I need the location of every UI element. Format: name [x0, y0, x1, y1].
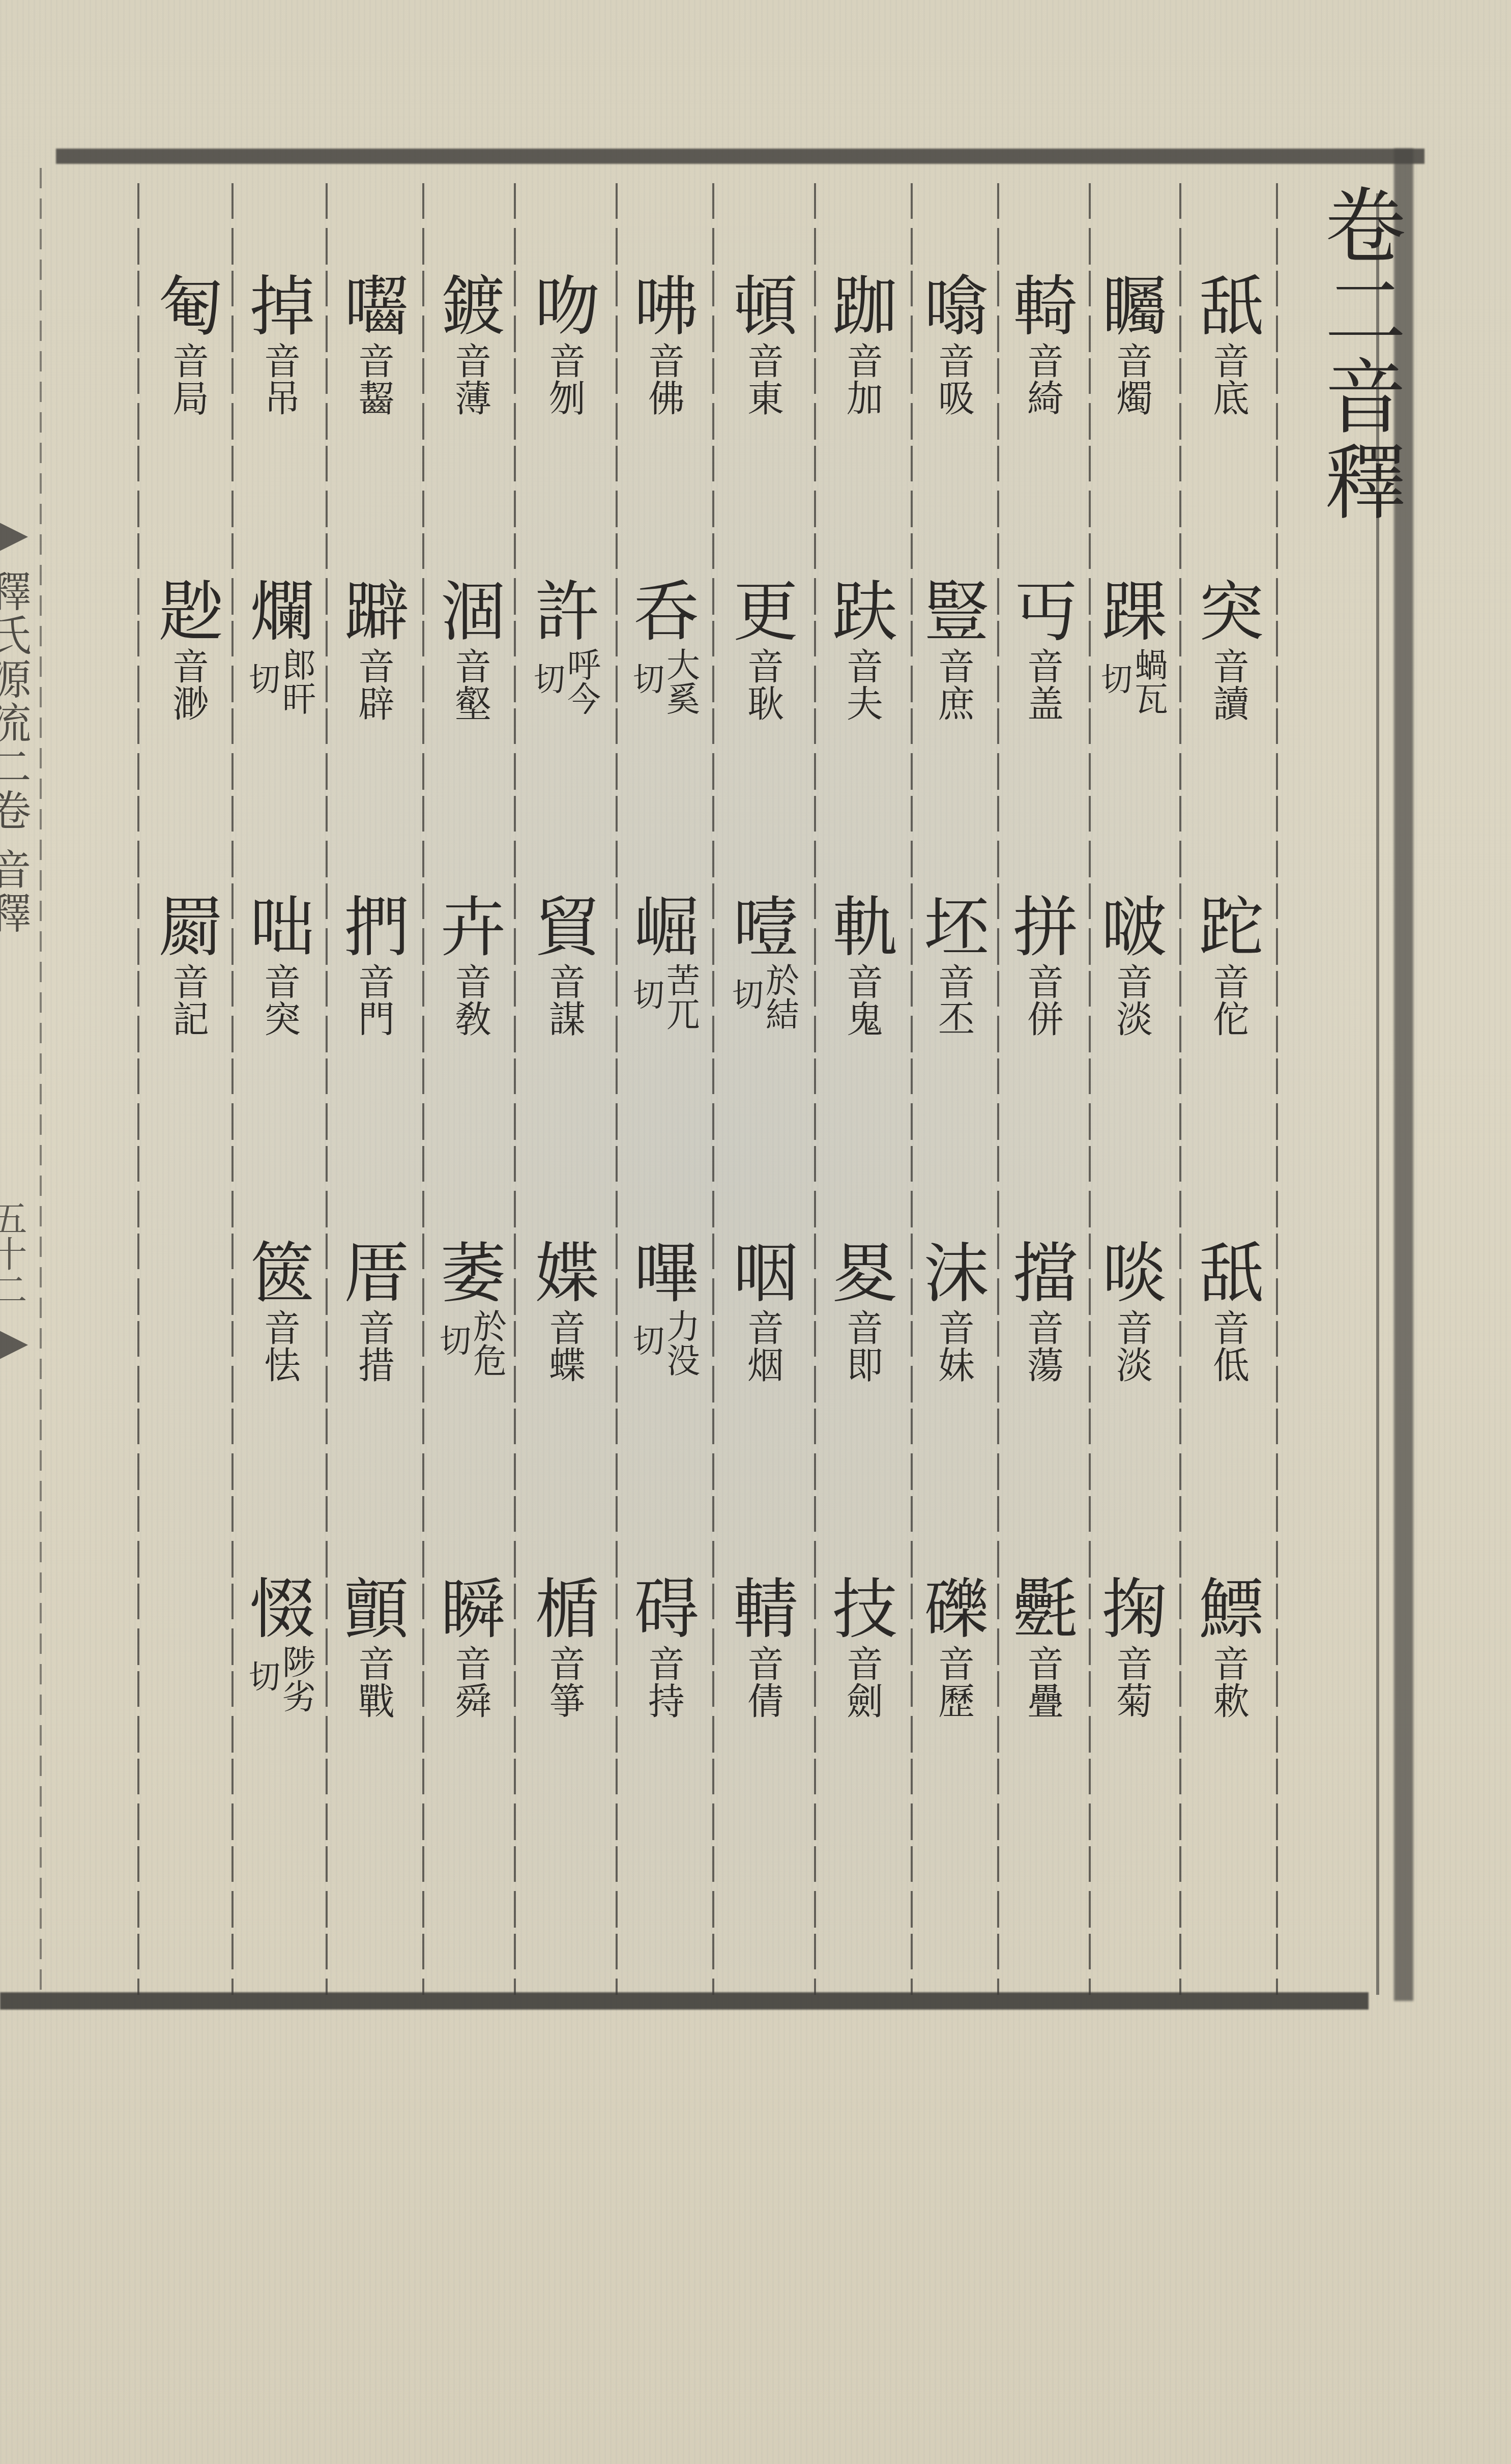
gloss-character: 渺 [172, 685, 209, 723]
gloss-character: 烟 [747, 1347, 784, 1384]
pronunciation-gloss: 音併 [1027, 964, 1064, 1039]
gloss-entry: 頓音東 [717, 275, 814, 418]
pronunciation-gloss: 音吸 [938, 343, 975, 418]
column-rule [616, 183, 618, 1995]
gloss-character: 怯 [264, 1347, 301, 1384]
gloss-entry: 跎音佗 [1183, 896, 1280, 1039]
gloss-character: 音 [1213, 343, 1250, 380]
gloss-character: 敎 [455, 1001, 491, 1038]
head-character: 囓 [344, 275, 409, 340]
gloss-entry: 軌音鬼 [817, 896, 913, 1039]
fanqie-character: 於 [473, 1310, 507, 1344]
pronunciation-gloss: 音突 [264, 964, 301, 1039]
head-character: 惙 [250, 1578, 315, 1643]
pronunciation-gloss: 音倩 [747, 1646, 784, 1721]
pronunciation-gloss: 音蝶 [549, 1310, 586, 1385]
gloss-entry: 貿音謀 [519, 896, 616, 1039]
head-character: 顫 [344, 1578, 409, 1643]
pronunciation-gloss: 音佛 [648, 343, 685, 418]
pronunciation-gloss: 音謀 [549, 964, 586, 1039]
pronunciation-gloss: 音欶 [1213, 1646, 1250, 1721]
fanqie-character: 危 [473, 1344, 507, 1378]
head-character: 踝 [1102, 580, 1167, 645]
gloss-character: 劍 [847, 1683, 883, 1720]
pronunciation-gloss: 音綺 [1027, 343, 1064, 418]
pronunciation-gloss: 音淡 [1116, 1310, 1153, 1385]
gloss-entry: 氎音疊 [997, 1578, 1094, 1721]
pronunciation-gloss: 音燭 [1116, 343, 1153, 418]
gloss-character: 音 [358, 343, 395, 380]
gloss-character: 持 [648, 1683, 685, 1720]
column-rule [137, 183, 139, 1995]
gloss-entry: 技音劍 [817, 1578, 913, 1721]
gloss-character: 疊 [1027, 1683, 1064, 1720]
gloss-entry: 崛苦兀切 [618, 896, 715, 1033]
text-column-11: 掉音吊爛郎旰切咄音突篋音怯惙陟劣切 [234, 0, 331, 2464]
head-character: 爛 [250, 580, 315, 645]
gloss-character: 音 [358, 648, 395, 685]
head-character: 趺 [832, 580, 897, 645]
gloss-entry: 卉音敎 [425, 896, 521, 1039]
pronunciation-gloss: 音門 [358, 964, 395, 1039]
head-character: 舐 [1199, 1242, 1264, 1307]
gloss-entry: 吻音刎 [519, 275, 616, 418]
fanqie-character: 蝸 [1135, 648, 1168, 682]
gloss-character: 佛 [648, 380, 685, 417]
pronunciation-gloss: 音戰 [358, 1646, 395, 1721]
gloss-character: 音 [549, 1646, 586, 1683]
gloss-character: 謀 [549, 1001, 586, 1038]
gloss-character: 妹 [938, 1347, 975, 1384]
pronunciation-gloss: 音措 [358, 1310, 395, 1385]
gloss-entry: 畟音即 [817, 1242, 913, 1385]
gloss-entry: 厝音措 [328, 1242, 425, 1385]
head-character: 噏 [924, 275, 989, 340]
gloss-character: 吊 [264, 380, 301, 417]
gloss-entry: 許呼今切 [519, 580, 616, 717]
fanqie-qie-marker: 切 [249, 664, 280, 696]
gloss-entry: 罽音記 [142, 896, 239, 1039]
pronunciation-gloss: 音箏 [549, 1646, 586, 1721]
fanqie-gloss: 陟劣切 [249, 1646, 316, 1714]
gloss-character: 音 [1027, 964, 1064, 1001]
pronunciation-gloss: 音薄 [455, 343, 491, 418]
head-character: 啖 [1102, 1242, 1167, 1307]
pronunciation-gloss: 音渺 [172, 648, 209, 723]
gloss-entry: 礫音歷 [908, 1578, 1005, 1721]
gloss-character: 音 [1027, 1310, 1064, 1347]
fanqie-qie-marker: 切 [1101, 664, 1132, 696]
fanqie-qie-marker: 切 [440, 1325, 471, 1357]
gloss-entry: 呑大奚切 [618, 580, 715, 717]
fanqie-character: 於 [766, 964, 799, 998]
fanqie-character: 没 [666, 1344, 700, 1378]
gloss-character: 音 [455, 964, 491, 1001]
book-spine-margin: 釋氏源流二卷 音釋 五十二 [0, 519, 31, 1995]
head-character: 楯 [535, 1578, 600, 1643]
head-character: 噎 [733, 896, 798, 961]
gloss-character: 音 [264, 1310, 301, 1347]
gloss-character: 蝶 [549, 1347, 586, 1384]
gloss-character: 加 [847, 380, 883, 417]
gloss-character: 音 [455, 1646, 491, 1683]
gloss-character: 音 [648, 1646, 685, 1683]
gloss-character: 門 [358, 1001, 395, 1038]
gloss-character: 歷 [938, 1683, 975, 1720]
gloss-entry: 坯音丕 [908, 896, 1005, 1039]
fish-tail-mark-bottom-icon [0, 1327, 28, 1363]
gloss-character: 夫 [847, 685, 883, 723]
gloss-character: 舜 [455, 1683, 491, 1720]
gloss-character: 音 [847, 648, 883, 685]
head-character: 呑 [634, 580, 699, 645]
gloss-entry: 噏音吸 [908, 275, 1005, 418]
fanqie-character: 郎 [282, 648, 316, 682]
head-character: 舐 [1199, 275, 1264, 340]
text-column-4: 噏音吸豎音庶坯音丕沫音妹礫音歷 [908, 0, 1005, 2464]
gloss-character: 音 [1213, 648, 1250, 685]
gloss-character: 音 [1116, 1646, 1153, 1683]
gloss-character: 音 [847, 1646, 883, 1683]
head-character: 許 [535, 580, 600, 645]
gloss-entry: 噎於結切 [717, 896, 814, 1033]
text-column-6: 頓音東更音耿噎於結切咽音烟輤音倩 [717, 0, 814, 2464]
gloss-character: 音 [938, 343, 975, 380]
gloss-character: 音 [938, 1310, 975, 1347]
gloss-entry: 輢音綺 [997, 275, 1094, 418]
head-character: 吻 [535, 275, 600, 340]
gloss-character: 菊 [1116, 1683, 1153, 1720]
gloss-character: 底 [1213, 380, 1250, 417]
pronunciation-gloss: 音鬼 [847, 964, 883, 1039]
head-character: 啵 [1102, 896, 1167, 961]
gloss-character: 音 [1116, 1310, 1153, 1347]
gloss-character: 併 [1027, 1001, 1064, 1038]
text-column-9: 鍍音薄涸音壑卉音敎萎於危切瞬音舜 [425, 0, 521, 2464]
fanqie-gloss: 呼今切 [534, 648, 601, 717]
pronunciation-gloss: 音底 [1213, 343, 1250, 418]
pronunciation-gloss: 音丕 [938, 964, 975, 1039]
gloss-character: 低 [1213, 1347, 1250, 1384]
gloss-character: 倩 [747, 1683, 784, 1720]
head-character: 卉 [441, 896, 506, 961]
gloss-entry: 匎音局 [142, 275, 239, 418]
gloss-entry: 鰾音欶 [1183, 1578, 1280, 1721]
pronunciation-gloss: 音耿 [747, 648, 784, 723]
head-character: 矚 [1102, 275, 1167, 340]
gloss-entry: 楯音箏 [519, 1578, 616, 1721]
fanqie-qie-marker: 切 [732, 979, 764, 1011]
gloss-entry: 掬音菊 [1086, 1578, 1183, 1721]
gloss-entry: 擋音蕩 [997, 1242, 1094, 1385]
head-character: 頓 [733, 275, 798, 340]
gloss-character: 音 [1116, 964, 1153, 1001]
gloss-entry: 篋音怯 [234, 1242, 331, 1385]
gloss-character: 綺 [1027, 380, 1064, 417]
text-column-12: 匎音局尟音渺罽音記 [142, 0, 239, 2464]
gloss-character: 燭 [1116, 380, 1153, 417]
gloss-character: 音 [938, 648, 975, 685]
gloss-character: 音 [747, 648, 784, 685]
head-character: 瞬 [441, 1578, 506, 1643]
fanqie-character: 奚 [666, 682, 700, 717]
gloss-entry: 趺音夫 [817, 580, 913, 723]
head-character: 擋 [1013, 1242, 1078, 1307]
gloss-character: 音 [847, 1310, 883, 1347]
pronunciation-gloss: 音加 [847, 343, 883, 418]
fanqie-qie-marker: 切 [249, 1661, 280, 1693]
gloss-character: 即 [847, 1347, 883, 1384]
fanqie-character: 大 [666, 648, 700, 682]
gloss-character: 音 [264, 964, 301, 1001]
gloss-entry: 沫音妹 [908, 1242, 1005, 1385]
gloss-entry: 爛郎旰切 [234, 580, 331, 717]
pronunciation-gloss: 音局 [172, 343, 209, 418]
gloss-character: 音 [747, 1310, 784, 1347]
gloss-entry: 跏音加 [817, 275, 913, 418]
fanqie-qie-marker: 切 [633, 664, 664, 696]
head-character: 沫 [924, 1242, 989, 1307]
pronunciation-gloss: 音持 [648, 1646, 685, 1721]
head-character: 匎 [158, 275, 223, 340]
head-character: 咄 [250, 896, 315, 961]
gloss-character: 突 [264, 1001, 301, 1038]
head-character: 涸 [441, 580, 506, 645]
head-character: 坯 [924, 896, 989, 961]
spine-book-title: 釋氏源流二卷 音釋 [0, 570, 27, 935]
head-character: 掬 [1102, 1578, 1167, 1643]
pronunciation-gloss: 音菊 [1116, 1646, 1153, 1721]
gloss-character: 讀 [1213, 685, 1250, 723]
gloss-entry: 萎於危切 [425, 1242, 521, 1379]
pronunciation-gloss: 音敎 [455, 964, 491, 1039]
gloss-character: 音 [1027, 648, 1064, 685]
pronunciation-gloss: 音盖 [1027, 648, 1064, 723]
gloss-character: 音 [358, 964, 395, 1001]
gloss-entry: 踝蝸瓦切 [1086, 580, 1183, 717]
text-column-3: 輢音綺丏音盖拼音併擋音蕩氎音疊 [997, 0, 1094, 2464]
gloss-entry: 豎音庶 [908, 580, 1005, 723]
text-column-5: 跏音加趺音夫軌音鬼畟音即技音劍 [817, 0, 913, 2464]
gloss-entry: 拼音併 [997, 896, 1094, 1039]
pronunciation-gloss: 音烟 [747, 1310, 784, 1385]
gloss-character: 丕 [938, 1001, 975, 1038]
head-character: 捫 [344, 896, 409, 961]
gloss-character: 音 [455, 343, 491, 380]
gloss-entry: 啖音淡 [1086, 1242, 1183, 1385]
gloss-entry: 尟音渺 [142, 580, 239, 723]
gloss-entry: 碍音持 [618, 1578, 715, 1721]
head-character: 鍍 [441, 275, 506, 340]
fanqie-qie-marker: 切 [534, 664, 565, 696]
pronunciation-gloss: 音疊 [1027, 1646, 1064, 1721]
fanqie-qie-marker: 切 [633, 1325, 664, 1357]
fanqie-gloss: 力没切 [633, 1310, 700, 1379]
gloss-entry: 咄音突 [234, 896, 331, 1039]
pronunciation-gloss: 音低 [1213, 1310, 1250, 1385]
pronunciation-gloss: 音庶 [938, 648, 975, 723]
head-character: 跎 [1199, 896, 1264, 961]
fanqie-character: 旰 [282, 682, 316, 717]
head-character: 氎 [1013, 1578, 1078, 1643]
pronunciation-gloss: 音記 [172, 964, 209, 1039]
fanqie-character: 劣 [282, 1680, 316, 1714]
fanqie-gloss: 苦兀切 [633, 964, 700, 1033]
fanqie-character: 呼 [567, 648, 601, 682]
gloss-character: 音 [358, 1310, 395, 1347]
gloss-character: 音 [1213, 1646, 1250, 1683]
gloss-character: 刎 [549, 380, 586, 417]
gloss-character: 辟 [358, 685, 395, 723]
head-character: 媟 [535, 1242, 600, 1307]
gloss-character: 音 [1213, 1310, 1250, 1347]
gloss-character: 庶 [938, 685, 975, 723]
head-character: 更 [733, 580, 798, 645]
gloss-character: 箏 [549, 1683, 586, 1720]
gloss-entry: 輤音倩 [717, 1578, 814, 1721]
fanqie-gloss: 於危切 [440, 1310, 507, 1379]
gloss-character: 音 [1213, 964, 1250, 1001]
gloss-character: 音 [747, 1646, 784, 1683]
pronunciation-gloss: 音刎 [549, 343, 586, 418]
fanqie-gloss: 大奚切 [633, 648, 700, 717]
gloss-entry: 顫音戰 [328, 1578, 425, 1721]
gloss-character: 音 [847, 343, 883, 380]
pronunciation-gloss: 音夫 [847, 648, 883, 723]
pronunciation-gloss: 音妹 [938, 1310, 975, 1385]
gloss-character: 局 [172, 380, 209, 417]
pronunciation-gloss: 音讀 [1213, 648, 1250, 723]
gloss-entry: 咈音佛 [618, 275, 715, 418]
gloss-character: 音 [1116, 343, 1153, 380]
gloss-entry: 捫音門 [328, 896, 425, 1039]
fanqie-character: 兀 [666, 998, 700, 1032]
pronunciation-gloss: 音齧 [358, 343, 395, 418]
gloss-character: 音 [172, 648, 209, 685]
gloss-entry: 媟音蝶 [519, 1242, 616, 1385]
text-column-10: 囓音齧躃音辟捫音門厝音措顫音戰 [328, 0, 425, 2464]
fish-tail-mark-icon [0, 519, 28, 555]
gloss-character: 齧 [358, 380, 395, 417]
head-character: 貿 [535, 896, 600, 961]
text-column-8: 吻音刎許呼今切貿音謀媟音蝶楯音箏 [519, 0, 616, 2464]
gloss-entry: 更音耿 [717, 580, 814, 723]
gloss-character: 音 [172, 964, 209, 1001]
head-character: 篋 [250, 1242, 315, 1307]
gloss-character: 音 [549, 1310, 586, 1347]
head-character: 礫 [924, 1578, 989, 1643]
fanqie-character: 陟 [282, 1646, 316, 1680]
pronunciation-gloss: 音舜 [455, 1646, 491, 1721]
gloss-entry: 舐音低 [1183, 1242, 1280, 1385]
head-character: 鰾 [1199, 1578, 1264, 1643]
pronunciation-gloss: 音怯 [264, 1310, 301, 1385]
pronunciation-gloss: 音劍 [847, 1646, 883, 1721]
fanqie-character: 瓦 [1135, 682, 1168, 717]
gloss-entry: 鍍音薄 [425, 275, 521, 418]
head-character: 尟 [158, 580, 223, 645]
fanqie-character: 今 [567, 682, 601, 717]
gloss-character: 吸 [938, 380, 975, 417]
spine-page-number: 五十二 [0, 1200, 24, 1307]
fanqie-qie-marker: 切 [633, 979, 664, 1011]
gloss-character: 音 [358, 1646, 395, 1683]
gloss-entry: 矚音燭 [1086, 275, 1183, 418]
pronunciation-gloss: 音壑 [455, 648, 491, 723]
gloss-character: 薄 [455, 380, 491, 417]
gloss-entry: 丏音盖 [997, 580, 1094, 723]
gloss-entry: 涸音壑 [425, 580, 521, 723]
gloss-entry: 惙陟劣切 [234, 1578, 331, 1714]
gloss-entry: 瞬音舜 [425, 1578, 521, 1721]
gloss-character: 鬼 [847, 1001, 883, 1038]
head-character: 軌 [832, 896, 897, 961]
head-character: 丏 [1013, 580, 1078, 645]
fanqie-character: 結 [766, 998, 799, 1032]
gloss-character: 音 [847, 964, 883, 1001]
gloss-character: 蕩 [1027, 1347, 1064, 1384]
text-column-7: 咈音佛呑大奚切崛苦兀切嗶力没切碍音持 [618, 0, 715, 2464]
fanqie-character: 力 [666, 1310, 700, 1344]
pronunciation-gloss: 音佗 [1213, 964, 1250, 1039]
head-character: 跏 [832, 275, 897, 340]
gloss-character: 音 [455, 648, 491, 685]
gloss-character: 音 [648, 343, 685, 380]
gloss-character: 音 [938, 1646, 975, 1683]
pronunciation-gloss: 音東 [747, 343, 784, 418]
head-character: 崛 [634, 896, 699, 961]
head-character: 豎 [924, 580, 989, 645]
gloss-character: 音 [549, 964, 586, 1001]
head-character: 碍 [634, 1578, 699, 1643]
gloss-character: 音 [1027, 343, 1064, 380]
head-character: 咽 [733, 1242, 798, 1307]
head-character: 萎 [441, 1242, 506, 1307]
gloss-character: 音 [264, 343, 301, 380]
gloss-character: 淡 [1116, 1001, 1153, 1038]
pronunciation-gloss: 音辟 [358, 648, 395, 723]
gloss-entry: 掉音吊 [234, 275, 331, 418]
head-character: 拼 [1013, 896, 1078, 961]
head-character: 技 [832, 1578, 897, 1643]
gloss-character: 耿 [747, 685, 784, 723]
fanqie-character: 苦 [666, 964, 700, 998]
head-character: 厝 [344, 1242, 409, 1307]
head-character: 咈 [634, 275, 699, 340]
pronunciation-gloss: 音淡 [1116, 964, 1153, 1039]
gloss-character: 東 [747, 380, 784, 417]
pronunciation-gloss: 音蕩 [1027, 1310, 1064, 1385]
gloss-character: 音 [1027, 1646, 1064, 1683]
gloss-character: 壑 [455, 685, 491, 723]
head-character: 掉 [250, 275, 315, 340]
fanqie-gloss: 郎旰切 [249, 648, 316, 717]
pronunciation-gloss: 音歷 [938, 1646, 975, 1721]
column-rule [814, 183, 816, 1995]
gloss-entry: 舐音底 [1183, 275, 1280, 418]
text-column-2: 矚音燭踝蝸瓦切啵音淡啖音淡掬音菊 [1086, 0, 1183, 2464]
head-character: 輤 [733, 1578, 798, 1643]
gloss-entry: 躃音辟 [328, 580, 425, 723]
gloss-character: 欶 [1213, 1683, 1250, 1720]
head-character: 躃 [344, 580, 409, 645]
gloss-entry: 突音讀 [1183, 580, 1280, 723]
gloss-character: 記 [172, 1001, 209, 1038]
gloss-entry: 咽音烟 [717, 1242, 814, 1385]
head-character: 畟 [832, 1242, 897, 1307]
gloss-character: 音 [172, 343, 209, 380]
text-column-1: 舐音底突音讀跎音佗舐音低鰾音欶 [1183, 0, 1280, 2464]
